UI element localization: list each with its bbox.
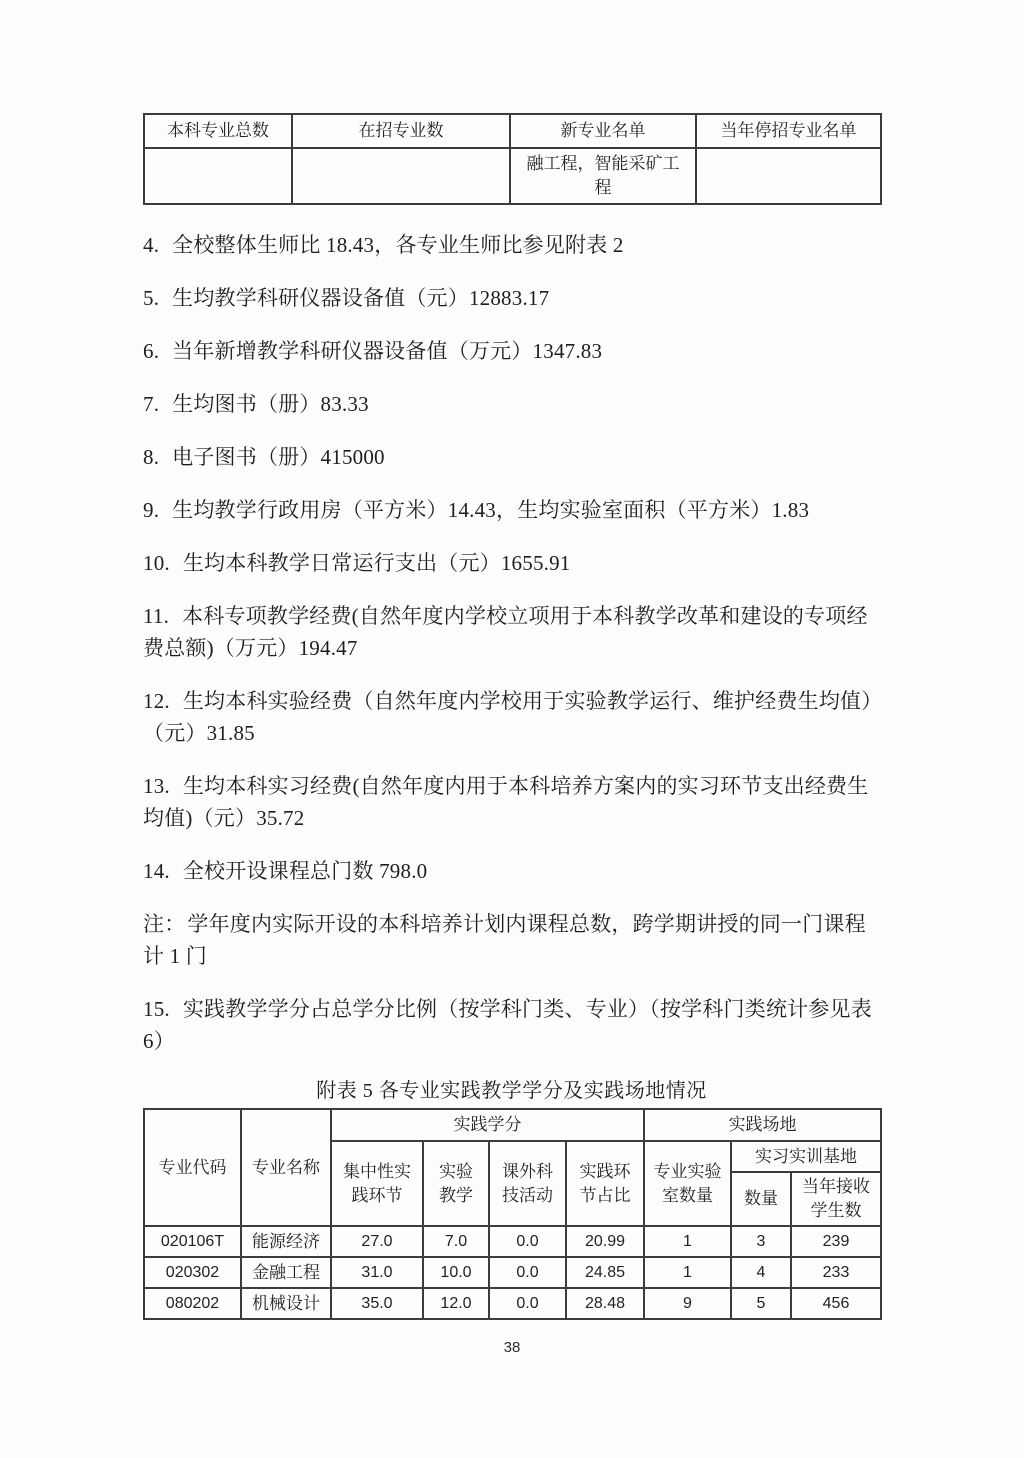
cell-major-code: 020302 <box>144 1257 241 1288</box>
cell-concentrated: 31.0 <box>331 1257 423 1288</box>
practice-credits-table: 专业代码 专业名称 实践学分 实践场地 集中性实践环节 实验教学 课外科技活动 … <box>143 1108 882 1320</box>
cell-enrolling-majors <box>292 148 510 204</box>
cell-extracurricular: 0.0 <box>489 1257 566 1288</box>
cell-major-name: 金融工程 <box>241 1257 331 1288</box>
cell-major-name: 能源经济 <box>241 1226 331 1257</box>
cell-concentrated: 35.0 <box>331 1288 423 1319</box>
cell-concentrated: 27.0 <box>331 1226 423 1257</box>
majors-summary-table: 本科专业总数 在招专业数 新专业名单 当年停招专业名单 融工程，智能采矿工程 <box>143 113 882 205</box>
item-text: 生均图书（册）83.33 <box>172 392 369 416</box>
list-item-5: 5.生均教学科研仪器设备值（元）12883.17 <box>143 282 880 314</box>
majors-table-data-row: 融工程，智能采矿工程 <box>144 148 881 204</box>
cell-ratio: 28.48 <box>566 1288 644 1319</box>
item-number: 注： <box>143 912 185 936</box>
item-text: 本科专项教学经费(自然年度内学校立项用于本科教学改革和建设的专项经费总额)（万元… <box>143 604 868 660</box>
header-new-majors: 新专业名单 <box>510 114 696 148</box>
item-number: 12. <box>143 689 170 713</box>
header-row-groups: 专业代码 专业名称 实践学分 实践场地 <box>144 1109 881 1141</box>
header-group-practice-credits: 实践学分 <box>331 1109 644 1141</box>
item-number: 13. <box>143 774 170 798</box>
item-number: 8. <box>143 445 159 469</box>
item-text: 生均本科教学日常运行支出（元）1655.91 <box>183 551 571 575</box>
document-page: 本科专业总数 在招专业数 新专业名单 当年停招专业名单 融工程，智能采矿工程 4… <box>0 0 1024 1458</box>
item-text: 当年新增教学科研仪器设备值（万元）1347.83 <box>172 339 602 363</box>
item-number: 9. <box>143 498 159 522</box>
cell-major-code: 020106T <box>144 1226 241 1257</box>
header-suspended-majors: 当年停招专业名单 <box>696 114 881 148</box>
cell-major-name: 机械设计 <box>241 1288 331 1319</box>
header-base-count: 数量 <box>731 1172 791 1226</box>
cell-ratio: 20.99 <box>566 1226 644 1257</box>
header-extracurricular-tech: 课外科技活动 <box>489 1141 566 1226</box>
cell-suspended-majors <box>696 148 881 204</box>
cell-experiment: 12.0 <box>423 1288 489 1319</box>
header-experiment-teaching: 实验教学 <box>423 1141 489 1226</box>
header-students-received: 当年接收学生数 <box>791 1172 881 1226</box>
header-total-majors: 本科专业总数 <box>144 114 292 148</box>
cell-bases: 3 <box>731 1226 791 1257</box>
table-row: 020106T 能源经济 27.0 7.0 0.0 20.99 1 3 239 <box>144 1226 881 1257</box>
list-item-15: 15.实践教学学分占总学分比例（按学科门类、专业）（按学科门类统计参见表 6） <box>143 993 880 1057</box>
item-number: 7. <box>143 392 159 416</box>
list-item-14: 14.全校开设课程总门数 798.0 <box>143 855 880 887</box>
cell-labs: 9 <box>644 1288 731 1319</box>
statistics-list: 4.全校整体生师比 18.43，各专业生师比参见附表 2 5.生均教学科研仪器设… <box>143 229 880 1057</box>
header-group-training-bases: 实习实训基地 <box>731 1141 881 1172</box>
item-text: 实践教学学分占总学分比例（按学科门类、专业）（按学科门类统计参见表 6） <box>143 997 872 1053</box>
cell-experiment: 7.0 <box>423 1226 489 1257</box>
item-number: 14. <box>143 859 170 883</box>
header-practice-ratio: 实践环节占比 <box>566 1141 644 1226</box>
item-text: 生均本科实习经费(自然年度内用于本科培养方案内的实习环节支出经费生均值)（元）3… <box>143 774 868 830</box>
cell-labs: 1 <box>644 1257 731 1288</box>
item-text: 生均本科实验经费（自然年度内学校用于实验教学运行、维护经费生均值）（元）31.8… <box>143 689 872 745</box>
item-text: 生均教学行政用房（平方米）14.43，生均实验室面积（平方米）1.83 <box>172 498 809 522</box>
list-item-9: 9.生均教学行政用房（平方米）14.43，生均实验室面积（平方米）1.83 <box>143 494 880 526</box>
header-enrolling-majors: 在招专业数 <box>292 114 510 148</box>
item-number: 11. <box>143 604 169 628</box>
cell-students: 233 <box>791 1257 881 1288</box>
item-number: 4. <box>143 233 159 257</box>
cell-students: 456 <box>791 1288 881 1319</box>
page-content: 本科专业总数 在招专业数 新专业名单 当年停招专业名单 融工程，智能采矿工程 4… <box>143 113 880 1320</box>
list-item-13: 13.生均本科实习经费(自然年度内用于本科培养方案内的实习环节支出经费生均值)（… <box>143 770 880 834</box>
page-number: 38 <box>0 1339 1024 1356</box>
list-item-note: 注：学年度内实际开设的本科培养计划内课程总数，跨学期讲授的同一门课程计 1 门 <box>143 908 880 972</box>
appendix-table-title: 附表 5 各专业实践教学学分及实践场地情况 <box>143 1078 880 1104</box>
list-item-10: 10.生均本科教学日常运行支出（元）1655.91 <box>143 547 880 579</box>
cell-total-majors <box>144 148 292 204</box>
item-number: 5. <box>143 286 159 310</box>
list-item-4: 4.全校整体生师比 18.43，各专业生师比参见附表 2 <box>143 229 880 261</box>
cell-major-code: 080202 <box>144 1288 241 1319</box>
cell-bases: 5 <box>731 1288 791 1319</box>
header-major-name: 专业名称 <box>241 1109 331 1226</box>
header-group-practice-venues: 实践场地 <box>644 1109 881 1141</box>
item-text: 学年度内实际开设的本科培养计划内课程总数，跨学期讲授的同一门课程计 1 门 <box>143 912 866 968</box>
cell-ratio: 24.85 <box>566 1257 644 1288</box>
cell-experiment: 10.0 <box>423 1257 489 1288</box>
list-item-12: 12.生均本科实验经费（自然年度内学校用于实验教学运行、维护经费生均值）（元）3… <box>143 685 880 749</box>
item-text: 生均教学科研仪器设备值（元）12883.17 <box>172 286 549 310</box>
list-item-6: 6.当年新增教学科研仪器设备值（万元）1347.83 <box>143 335 880 367</box>
cell-extracurricular: 0.0 <box>489 1226 566 1257</box>
table-row: 080202 机械设计 35.0 12.0 0.0 28.48 9 5 456 <box>144 1288 881 1319</box>
header-lab-count: 专业实验室数量 <box>644 1141 731 1226</box>
cell-bases: 4 <box>731 1257 791 1288</box>
majors-table-header-row: 本科专业总数 在招专业数 新专业名单 当年停招专业名单 <box>144 114 881 148</box>
header-concentrated-practice: 集中性实践环节 <box>331 1141 423 1226</box>
list-item-11: 11.本科专项教学经费(自然年度内学校立项用于本科教学改革和建设的专项经费总额)… <box>143 600 880 664</box>
cell-extracurricular: 0.0 <box>489 1288 566 1319</box>
table-row: 020302 金融工程 31.0 10.0 0.0 24.85 1 4 233 <box>144 1257 881 1288</box>
cell-students: 239 <box>791 1226 881 1257</box>
item-number: 6. <box>143 339 159 363</box>
item-text: 电子图书（册）415000 <box>172 445 385 469</box>
cell-new-majors: 融工程，智能采矿工程 <box>510 148 696 204</box>
list-item-8: 8.电子图书（册）415000 <box>143 441 880 473</box>
item-number: 10. <box>143 551 170 575</box>
item-text: 全校开设课程总门数 798.0 <box>183 859 428 883</box>
list-item-7: 7.生均图书（册）83.33 <box>143 388 880 420</box>
header-major-code: 专业代码 <box>144 1109 241 1226</box>
item-text: 全校整体生师比 18.43，各专业生师比参见附表 2 <box>172 233 623 257</box>
cell-labs: 1 <box>644 1226 731 1257</box>
item-number: 15. <box>143 997 170 1021</box>
